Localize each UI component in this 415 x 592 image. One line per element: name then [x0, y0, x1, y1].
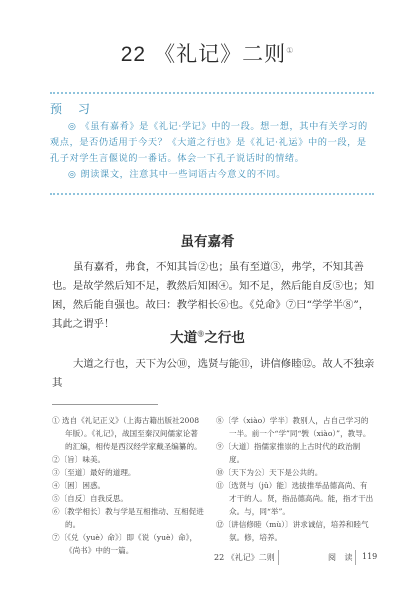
lesson-title-text: 《礼记》二则: [154, 42, 286, 66]
footnote: ⑪〔选贤与（jǔ）能〕选拔推举品德高尚、有才干的人。贤，指品德高尚。能，指才干出…: [216, 479, 374, 518]
running-title: 22 《礼记》二则: [214, 552, 275, 563]
title-footnote-marker: ①: [286, 46, 294, 55]
footer-divider: [355, 550, 356, 565]
preview-item: ◎《虽有嘉肴》是《礼记·学记》中的一段。想一想，其中有关学习的观点，是否仍适用于…: [50, 119, 374, 167]
preview-heading: 预 习: [50, 100, 374, 117]
footnote: ⑤〔自反〕自我反思。: [52, 492, 204, 505]
circle-bullet-icon: ◎: [68, 122, 76, 132]
footnote: ⑫〔讲信修睦（mù）〕讲求诚信，培养和睦气氛。修，培养。: [216, 518, 374, 544]
section-title-2: 大道⑨之行也: [0, 326, 415, 346]
footnote-rule: [52, 404, 158, 405]
footnote: ⑩〔天下为公〕天下是公共的。: [216, 466, 374, 479]
section-title-1: 虽有嘉肴: [0, 230, 415, 250]
preview-bottom-divider: [50, 193, 374, 195]
footer-section: 阅 读: [328, 552, 356, 563]
section-text-1: 虽有嘉肴，弗食，不知其旨②也；虽有至道③，弗学，不知其善也。是故学然后知不足，教…: [52, 258, 376, 334]
footnote: ⑧〔学（xiào）学半〕教别人，占自己学习的一半。前一个“学”同“斅（xiào）…: [216, 414, 374, 440]
footnote: ⑨〔大道〕指儒家推崇的上古时代的政治制度。: [216, 440, 374, 466]
footnotes-left: ① 选自《礼记正义》（上海古籍出版社2008年版）。《礼记》，战国至秦汉间儒家论…: [52, 414, 204, 557]
preview-box: 预 习 ◎《虽有嘉肴》是《礼记·学记》中的一段。想一想，其中有关学习的观点，是否…: [50, 100, 374, 183]
lesson-number: 22: [121, 43, 146, 66]
footnote: ① 选自《礼记正义》（上海古籍出版社2008年版）。《礼记》，战国至秦汉间儒家论…: [52, 414, 204, 453]
footnotes-right: ⑧〔学（xiào）学半〕教别人，占自己学习的一半。前一个“学”同“斅（xiào）…: [216, 414, 374, 544]
lesson-title: 22《礼记》二则①: [0, 38, 415, 68]
preview-item: ◎朗读课文，注意其中一些词语古今意义的不同。: [50, 167, 374, 183]
footer-divider: [278, 550, 279, 565]
footnote: ③〔至道〕最好的道理。: [52, 466, 204, 479]
footnote: ⑦〔《兑（yuè）命》〕即《说（yuè）命》，《尚书》中的一篇。: [52, 531, 204, 557]
footnote: ④〔困〕困惑。: [52, 479, 204, 492]
section-text-2: 大道之行也，天下为公⑩，选贤与能⑪，讲信修睦⑫。故人不独亲其: [52, 355, 376, 393]
preview-top-divider: [50, 92, 374, 94]
footnote: ⑥〔教学相长〕教与学是互相推动、互相促进的。: [52, 505, 204, 531]
footnote: ②〔旨〕味美。: [52, 453, 204, 466]
page-number: 119: [362, 552, 377, 561]
circle-bullet-icon: ◎: [68, 170, 76, 180]
